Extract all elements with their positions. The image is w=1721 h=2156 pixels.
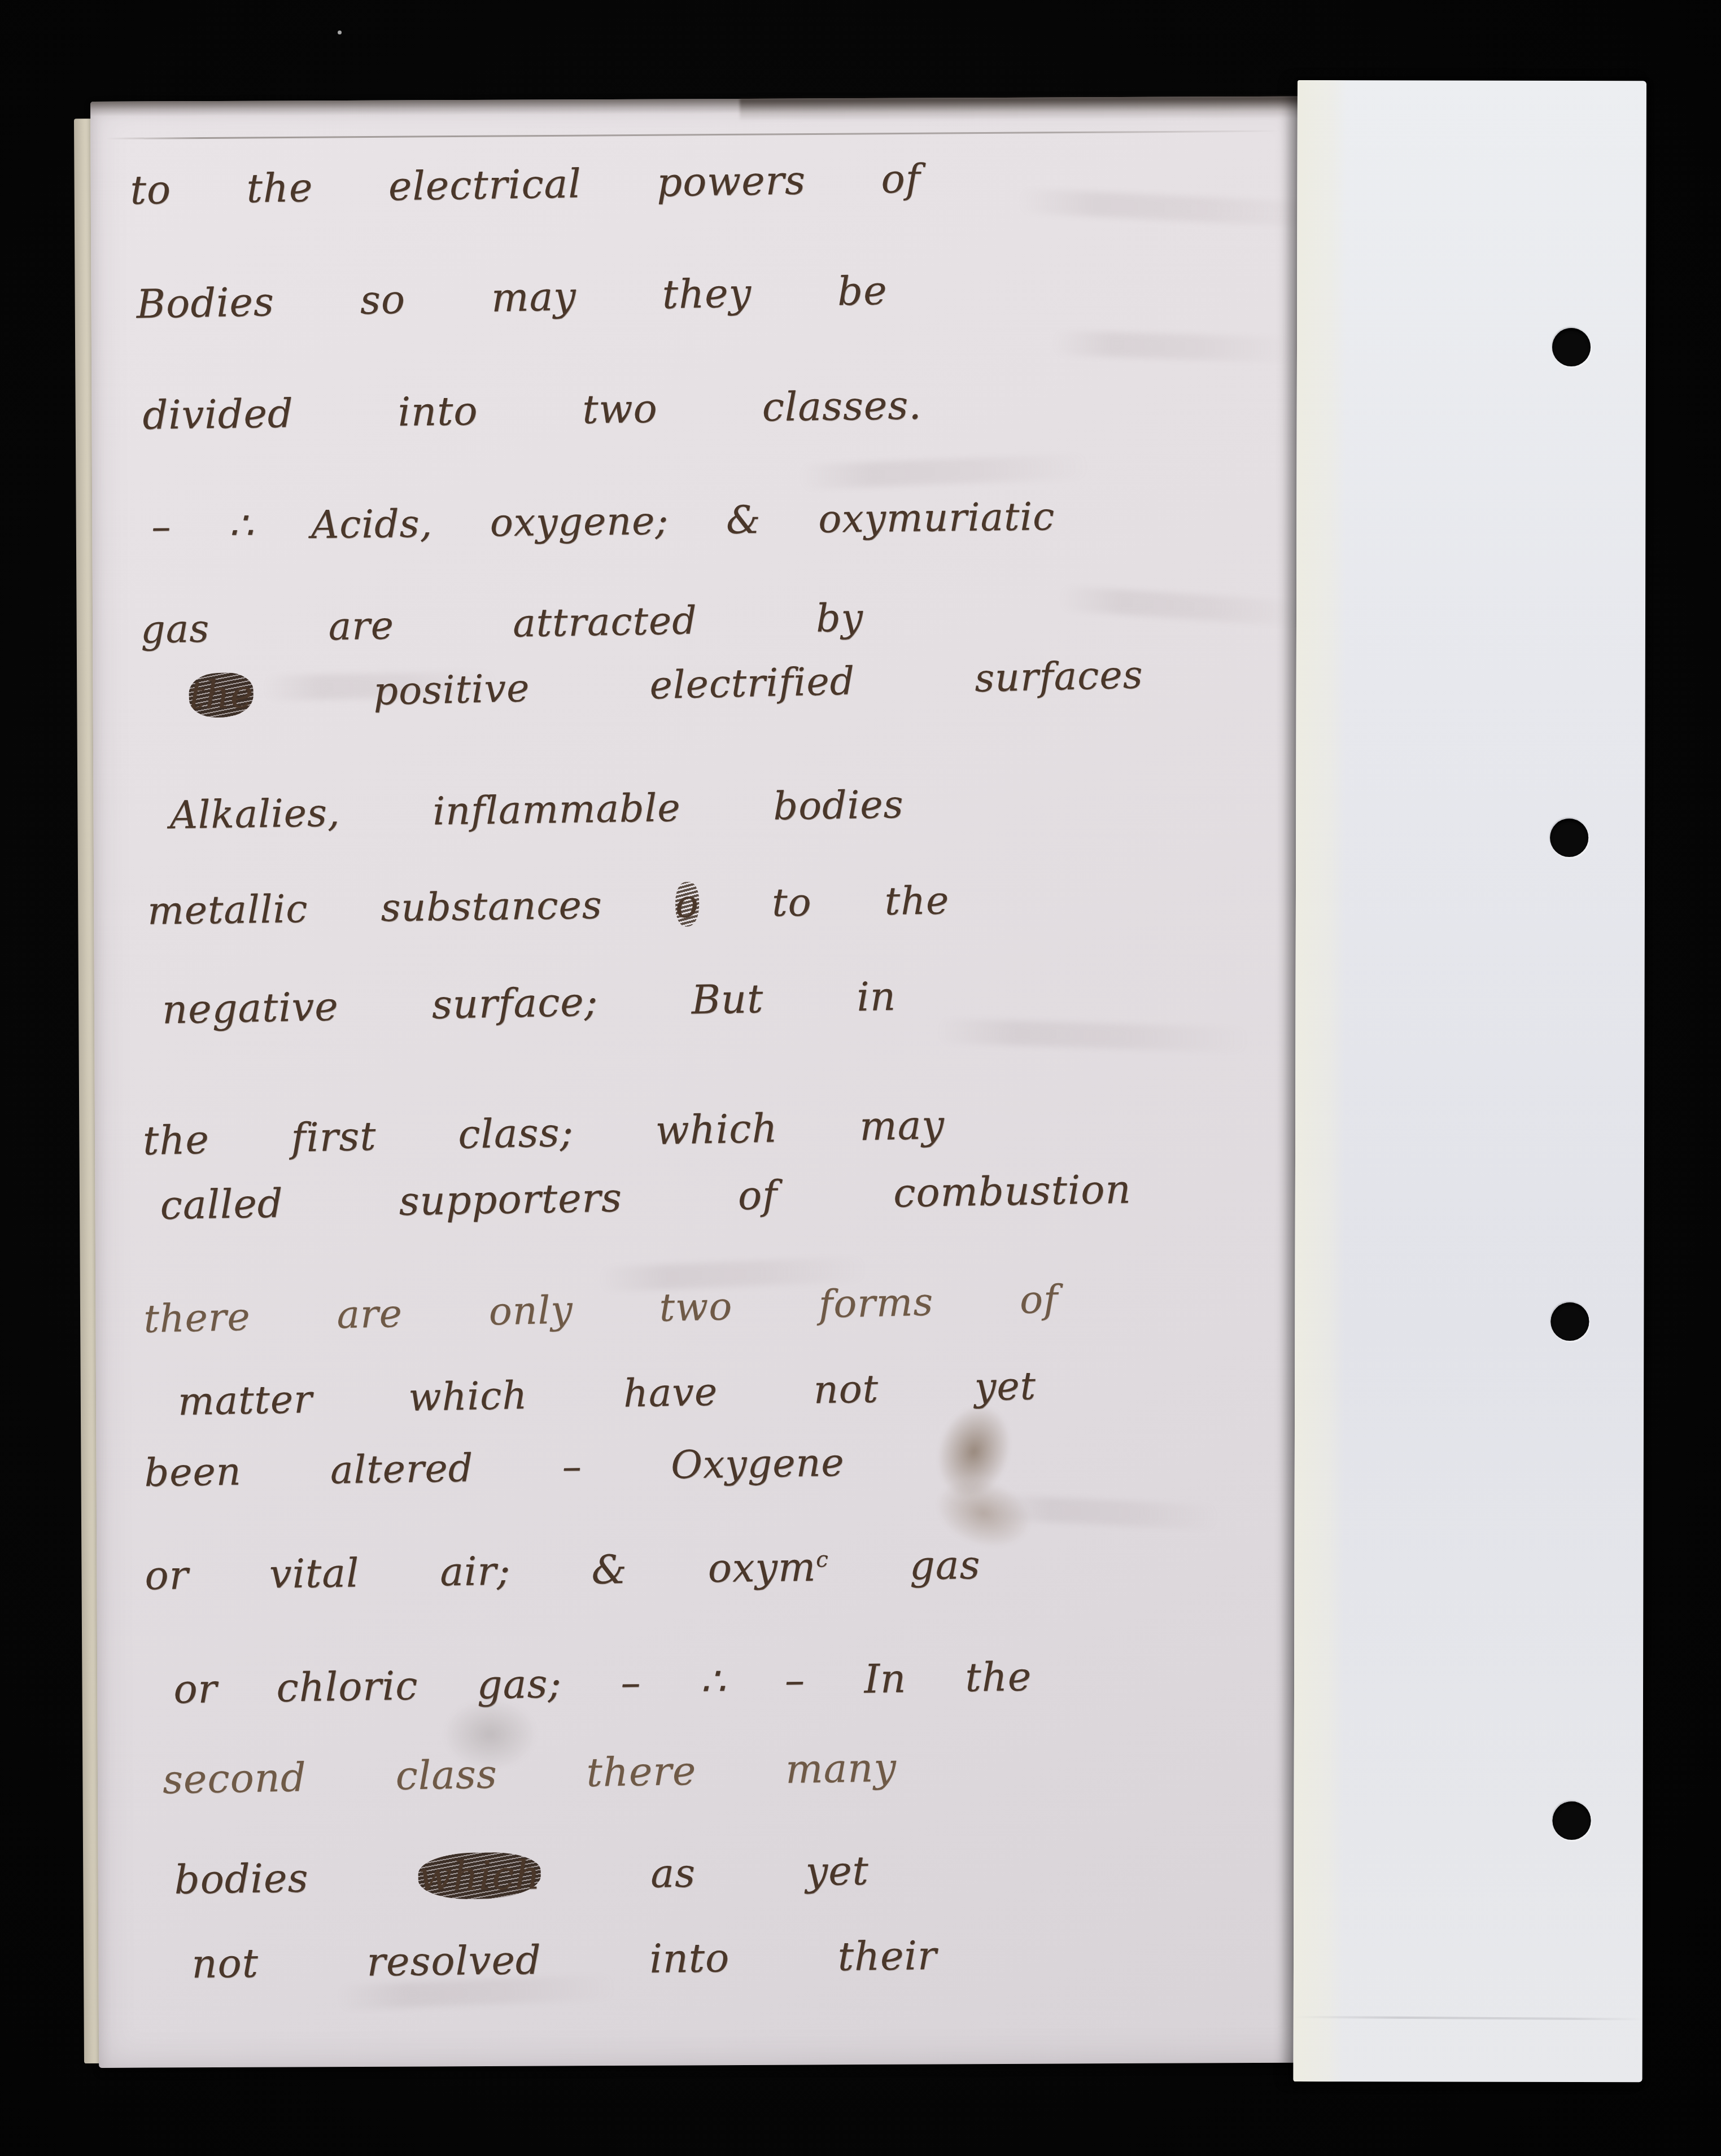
paper-stain [442, 1698, 538, 1772]
pencil-rule-line [106, 130, 1281, 139]
scribbled-out-word: which [418, 1852, 541, 1900]
handwritten-line-5: gas are attracted by [141, 599, 864, 649]
handwritten-line-8: metallic substances o to the [147, 882, 950, 931]
superscript-letter: c [816, 1547, 829, 1572]
photo-background: to the electrical powers of Bodies so ma… [0, 0, 1721, 2156]
handwritten-line-7: Alkalies, inflammable bodies [169, 786, 904, 835]
handwritten-line-19: not resolved into their [191, 1936, 937, 1984]
handwritten-line-14: been altered – Oxygene [144, 1444, 845, 1493]
handwritten-line-15: or vital air; & oxymc gas [145, 1545, 981, 1595]
handwritten-line-1: to the electrical powers of [130, 159, 921, 210]
scribbled-out-word: the [189, 672, 254, 718]
line-text: bodies [174, 1855, 309, 1903]
punch-hole-2 [1550, 819, 1588, 857]
dust-speck [338, 30, 342, 34]
handwritten-line-16: or chloric gas; – ∴ – In the [173, 1657, 1032, 1709]
punch-hole-1 [1552, 328, 1591, 366]
handwritten-line-11: called supporters of combustion [160, 1169, 1132, 1225]
ink-bleedthrough [1016, 188, 1333, 228]
handwritten-line-4: – ∴ Acids, oxygene; & oxymuriatic [151, 498, 1055, 546]
line-text: as yet [650, 1848, 869, 1897]
punch-hole-4 [1552, 1801, 1591, 1840]
handwritten-line-9: negative surface; But in [161, 977, 896, 1030]
scribbled-out-word: o [675, 882, 699, 927]
strip-left-highlight [1294, 80, 1347, 2081]
line-text: positive electrified surfaces [373, 653, 1144, 714]
ink-bleedthrough [1051, 330, 1294, 362]
line-text: or vital air; & oxym [145, 1544, 816, 1599]
handwritten-line-2: Bodies so may they be [136, 271, 888, 324]
ink-bleedthrough [1058, 585, 1307, 627]
handwritten-line-10: the first class; which may [142, 1105, 945, 1160]
archival-strip [1294, 80, 1646, 2082]
handwritten-line-12: there are only two forms of [143, 1280, 1059, 1339]
handwritten-line-18: bodies which as yet [174, 1851, 869, 1900]
strip-crease [1294, 2016, 1643, 2021]
page-top-soiled-edge-right [740, 97, 1310, 121]
ink-bleedthrough [797, 453, 1091, 489]
handwritten-line-3: divided into two classes. [142, 386, 922, 435]
punch-hole-3 [1550, 1302, 1589, 1341]
handwritten-line-6: the positive electrified surfaces [189, 656, 1143, 715]
line-text: metallic substances [147, 883, 602, 934]
line-text: to the [772, 878, 950, 925]
ink-bleedthrough [936, 1018, 1252, 1053]
manuscript-page: to the electrical powers of Bodies so ma… [90, 97, 1318, 2068]
